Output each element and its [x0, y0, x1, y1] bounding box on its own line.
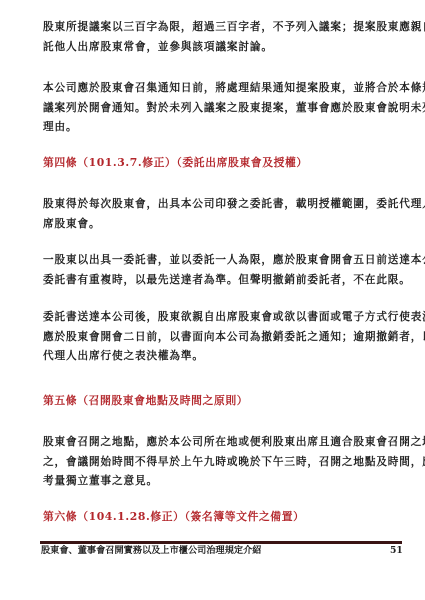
text-line: 席股東會。: [43, 215, 401, 235]
article-4-paragraph-3: 委託書送達本公司後，股東欲親自出席股東會或欲以書面或電子方式行使表決權者， 應於…: [43, 308, 401, 367]
article-5-heading: 第五條（召開股東會地點及時間之原則）: [43, 393, 248, 409]
footer-divider: [40, 541, 402, 544]
article-6-heading: 第六條（104.1.28.修正）（簽名簿等文件之備置）: [43, 509, 305, 525]
footer-title: 股東會、董事會召開實務以及上市櫃公司治理規定介紹: [41, 545, 262, 557]
text-line: 代理人出席行使之表決權為準。: [43, 347, 401, 367]
text-line: 股東會召開之地點，應於本公司所在地或便利股東出席且適合股東會召開之地點為: [43, 433, 401, 453]
paragraph-proposal-limit: 股東所提議案以三百字為限，超過三百字者，不予列入議案；提案股東應親自或委 託他人…: [43, 18, 401, 57]
text-line: 委託書有重複時，以最先送達者為準。但聲明撤銷前委託者，不在此限。: [43, 271, 401, 291]
text-line: 本公司應於股東會召集通知日前，將處理結果通知提案股東，並將合於本條規定之: [43, 79, 401, 99]
text-line: 議案列於開會通知。對於未列入議案之股東提案，董事會應於股東會說明未列入之: [43, 99, 401, 119]
text-line: 委託書送達本公司後，股東欲親自出席股東會或欲以書面或電子方式行使表決權者，: [43, 308, 401, 328]
article-5-paragraph-1: 股東會召開之地點，應於本公司所在地或便利股東出席且適合股東會召開之地點為 之，會…: [43, 433, 401, 492]
article-4-paragraph-1: 股東得於每次股東會，出具本公司印發之委託書，載明授權範圍，委託代理人，出 席股東…: [43, 195, 401, 234]
text-line: 一股東以出具一委託書，並以委託一人為限，應於股東會開會五日前送達本公司，: [43, 251, 401, 271]
text-line: 考量獨立董事之意見。: [43, 472, 401, 492]
article-4-heading: 第四條（101.3.7.修正）（委託出席股東會及授權）: [43, 155, 308, 171]
text-line: 股東得於每次股東會，出具本公司印發之委託書，載明授權範圍，委託代理人，出: [43, 195, 401, 215]
page-number: 51: [390, 545, 403, 557]
text-line: 之，會議開始時間不得早於上午九時或晚於下午三時，召開之地點及時間，應充分: [43, 453, 401, 473]
text-line: 股東所提議案以三百字為限，超過三百字者，不予列入議案；提案股東應親自或委: [43, 18, 401, 38]
text-line: 應於股東會開會二日前，以書面向本公司為撤銷委託之通知；逾期撤銷者，以委託: [43, 328, 401, 348]
document-page: 股東所提議案以三百字為限，超過三百字者，不予列入議案；提案股東應親自或委 託他人…: [0, 0, 425, 600]
text-line: 託他人出席股東常會，並參與該項議案討論。: [43, 38, 401, 58]
article-4-paragraph-2: 一股東以出具一委託書，並以委託一人為限，應於股東會開會五日前送達本公司， 委託書…: [43, 251, 401, 290]
paragraph-proposal-notice: 本公司應於股東會召集通知日前，將處理結果通知提案股東，並將合於本條規定之 議案列…: [43, 79, 401, 138]
text-line: 理由。: [43, 118, 401, 138]
